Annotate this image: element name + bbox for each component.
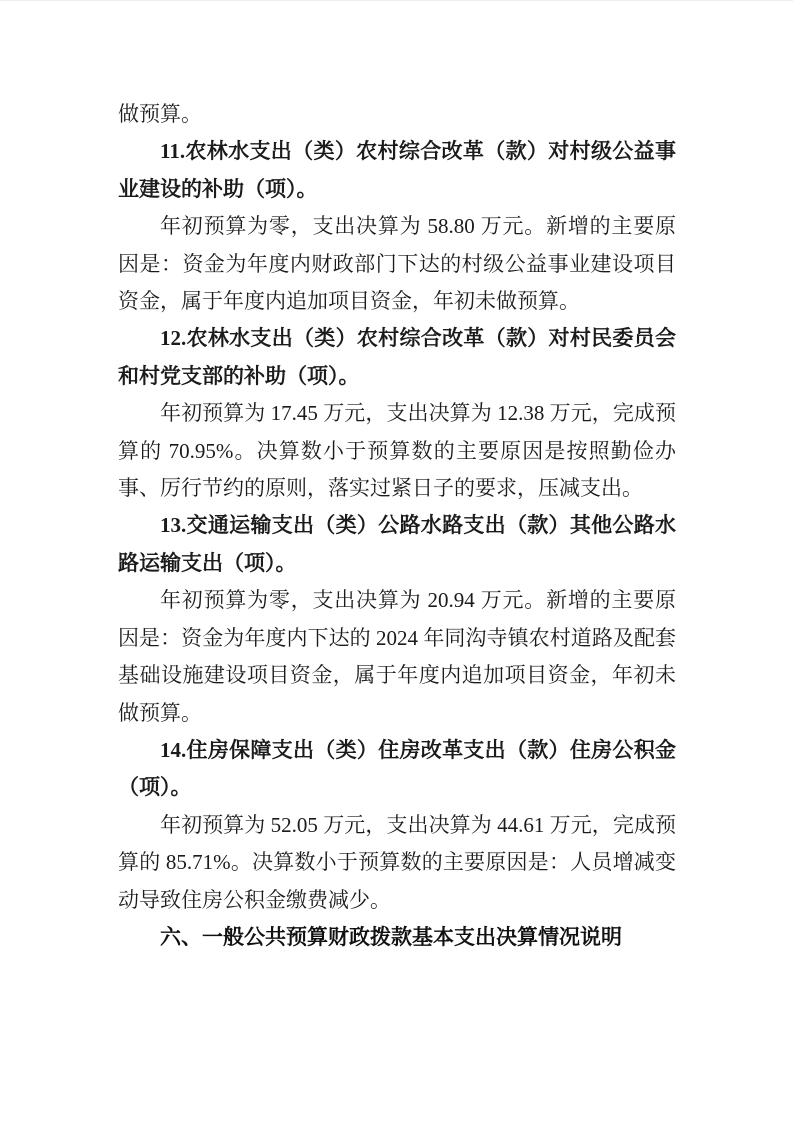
body-paragraph-11: 年初预算为零，支出决算为 58.80 万元。新增的主要原因是：资金为年度内财政部… [118,208,676,320]
body-paragraph-12: 年初预算为 17.45 万元，支出决算为 12.38 万元，完成预算的 70.9… [118,395,676,507]
document-page: 做预算。11.农林水支出（类）农村综合改革（款）对村级公益事业建设的补助（项）。… [0,0,793,1122]
body-paragraph-13: 年初预算为零，支出决算为 20.94 万元。新增的主要原因是：资金为年度内下达的… [118,582,676,732]
body-paragraph-14: 年初预算为 52.05 万元，支出决算为 44.61 万元，完成预算的 85.7… [118,807,676,919]
item-heading-13: 13.交通运输支出（类）公路水路支出（款）其他公路水路运输支出（项）。 [118,507,676,582]
item-heading-14: 14.住房保障支出（类）住房改革支出（款）住房公积金（项）。 [118,732,676,807]
item-heading-11: 11.农林水支出（类）农村综合改革（款）对村级公益事业建设的补助（项）。 [118,133,676,208]
section-heading-6: 六、一般公共预算财政拨款基本支出决算情况说明 [118,919,676,956]
body-paragraph-continuation: 做预算。 [118,96,676,133]
document-content: 做预算。11.农林水支出（类）农村综合改革（款）对村级公益事业建设的补助（项）。… [118,96,676,956]
item-heading-12: 12.农林水支出（类）农村综合改革（款）对村民委员会和村党支部的补助（项）。 [118,320,676,395]
